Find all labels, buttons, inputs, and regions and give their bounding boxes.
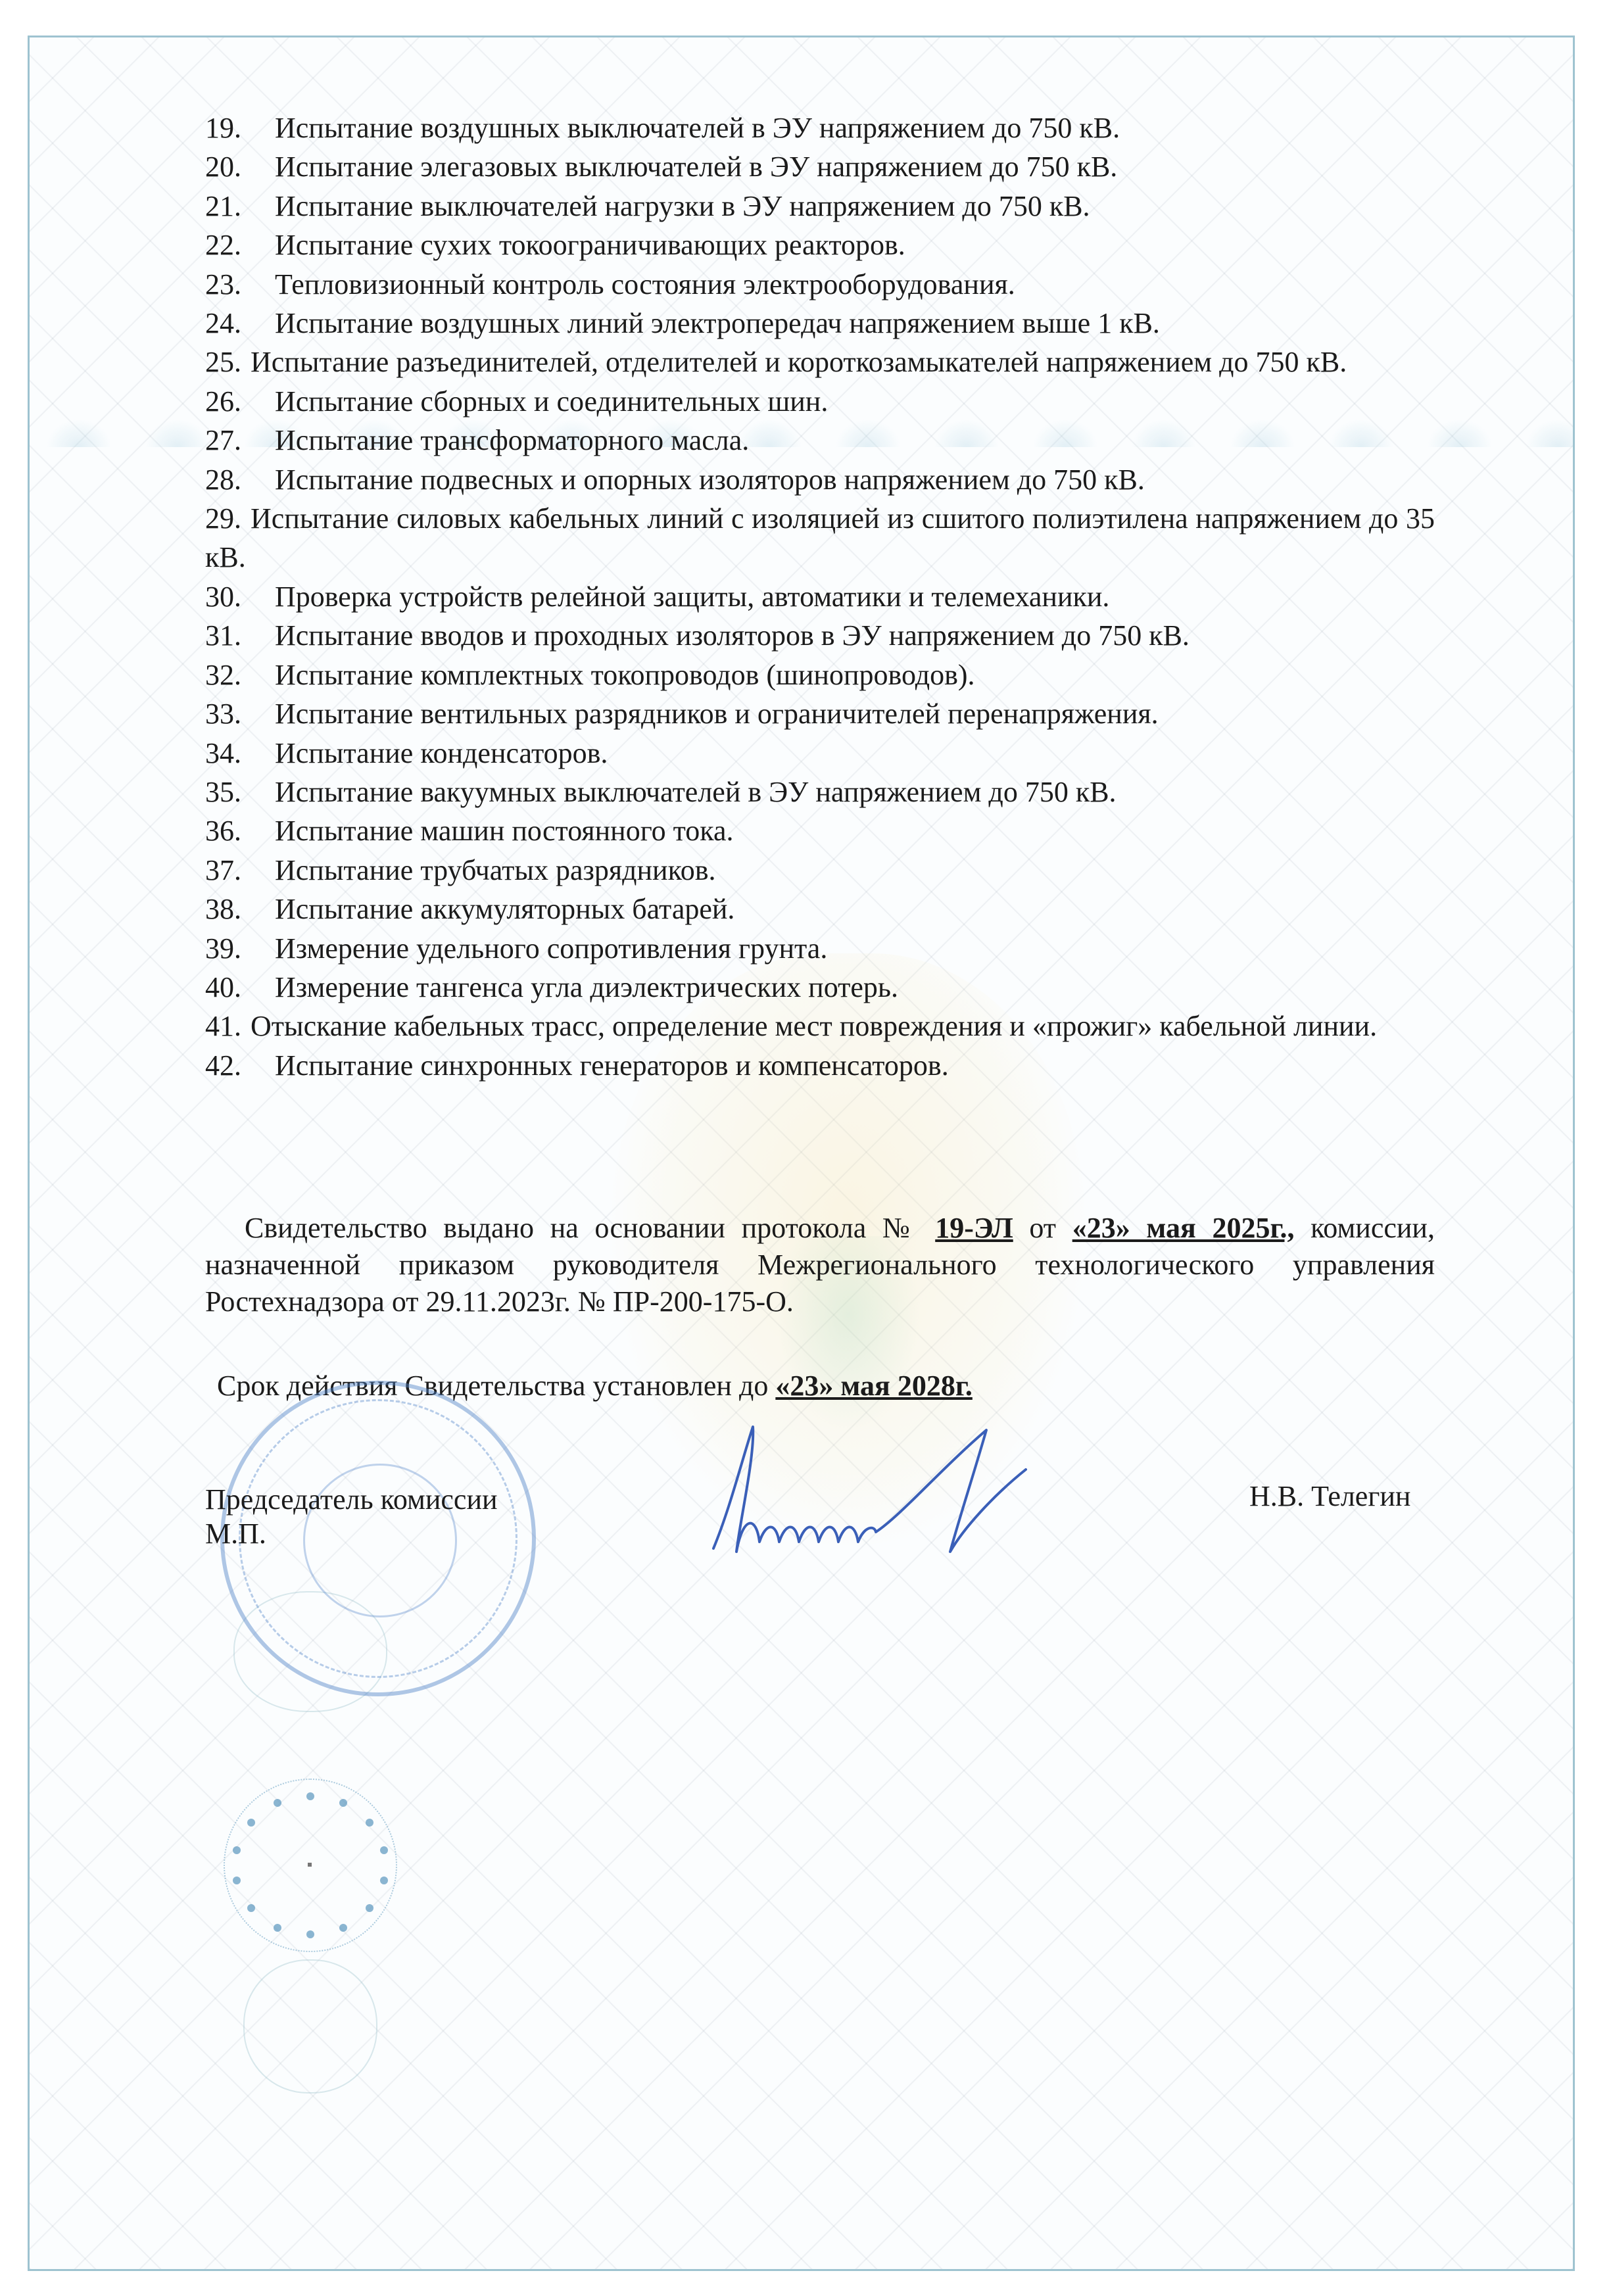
list-item-text: Измерение удельного сопротивления грунта… (275, 929, 827, 968)
list-item-text: Испытание выключателей нагрузки в ЭУ нап… (275, 187, 1090, 226)
rosette-dot (274, 1799, 281, 1807)
list-item-text: Испытание воздушных выключателей в ЭУ на… (275, 108, 1120, 147)
list-item-text: Отыскание кабельных трасс, определение м… (251, 1010, 1377, 1042)
rosette-ornament (224, 1779, 397, 1952)
list-item: 26.Испытание сборных и соединительных ши… (205, 382, 1435, 421)
list-item-number: 29. (205, 499, 241, 538)
rosette-dot (380, 1846, 388, 1854)
rosette-dot (247, 1904, 255, 1912)
list-item-text: Проверка устройств релейной защиты, авто… (275, 577, 1109, 616)
list-item-text: Испытание силовых кабельных линий с изол… (205, 502, 1435, 573)
list-item-number: 40. (205, 968, 275, 1007)
list-item-number: 35. (205, 773, 275, 811)
list-item-number: 38. (205, 890, 275, 928)
rosette-dot (233, 1877, 241, 1884)
basis-prefix: Свидетельство выдано на основании проток… (245, 1212, 935, 1244)
list-item: 27.Испытание трансформаторного масла. (205, 421, 1435, 460)
list-item-number: 22. (205, 226, 275, 264)
rosette-dot (339, 1799, 347, 1807)
list-item-number: 32. (205, 656, 275, 694)
list-item-text: Испытание трубчатых разрядников. (275, 851, 716, 890)
basis-paragraph: Свидетельство выдано на основании проток… (205, 1210, 1435, 1320)
list-item-number: 37. (205, 851, 275, 890)
list-item: 32.Испытание комплектных токопроводов (ш… (205, 656, 1435, 694)
list-item-number: 19. (205, 108, 275, 147)
list-item: 37.Испытание трубчатых разрядников. (205, 851, 1435, 890)
rosette-dot (366, 1904, 373, 1912)
list-item: 19.Испытание воздушных выключателей в ЭУ… (205, 108, 1435, 147)
list-item: 35.Испытание вакуумных выключателей в ЭУ… (205, 773, 1435, 811)
signer-title: Председатель комиссии (205, 1483, 498, 1517)
list-item: 28.Испытание подвесных и опорных изолято… (205, 460, 1435, 499)
list-item-number: 26. (205, 382, 275, 421)
list-item-text: Испытание конденсаторов. (275, 734, 608, 773)
list-item-text: Испытание воздушных линий электропередач… (275, 304, 1160, 343)
list-item-number: 42. (205, 1046, 275, 1085)
rosette-dot (339, 1924, 347, 1932)
list-item-number: 41. (205, 1007, 241, 1045)
list-item-number: 20. (205, 147, 275, 186)
rosette-dot (233, 1846, 241, 1854)
list-item-text: Испытание трансформаторного масла. (275, 421, 749, 460)
rosette-dot (306, 1792, 314, 1800)
list-item-text: Испытание вводов и проходных изоляторов … (275, 616, 1190, 655)
list-item: 36.Испытание машин постоянного тока. (205, 811, 1435, 850)
list-item-text: Испытание разъединителей, отделителей и … (251, 346, 1347, 378)
test-types-list: 19.Испытание воздушных выключателей в ЭУ… (205, 108, 1435, 1085)
list-item: 40.Измерение тангенса угла диэлектрическ… (205, 968, 1435, 1007)
list-item-text: Испытание комплектных токопроводов (шино… (275, 656, 975, 694)
list-item-text: Испытание машин постоянного тока. (275, 811, 734, 850)
list-item: 33.Испытание вентильных разрядников и ог… (205, 694, 1435, 733)
list-item-number: 39. (205, 929, 275, 968)
list-item-number: 36. (205, 811, 275, 850)
seal-place-label: М.П. (205, 1517, 266, 1551)
list-item: 23.Тепловизионный контроль состояния эле… (205, 265, 1435, 304)
list-item-number: 27. (205, 421, 275, 460)
rosette-dot (366, 1819, 373, 1827)
basis-middle: от (1013, 1212, 1072, 1244)
protocol-number: 19-ЭЛ (935, 1212, 1013, 1244)
rosette-ornament-bottom (243, 1959, 377, 2093)
list-item-text: Испытание вентильных разрядников и огран… (275, 694, 1159, 733)
handwritten-signature (704, 1417, 1039, 1568)
list-item: 31.Испытание вводов и проходных изолятор… (205, 616, 1435, 655)
list-item-text: Испытание вакуумных выключателей в ЭУ на… (275, 773, 1117, 811)
list-item-number: 34. (205, 734, 275, 773)
list-item-number: 30. (205, 577, 275, 616)
list-item: 20.Испытание элегазовых выключателей в Э… (205, 147, 1435, 186)
list-item: 42.Испытание синхронных генераторов и ко… (205, 1046, 1435, 1085)
list-item-number: 21. (205, 187, 275, 226)
list-item-number: 25. (205, 343, 241, 381)
list-item: 24.Испытание воздушных линий электропере… (205, 304, 1435, 343)
list-item-text: Испытание синхронных генераторов и компе… (275, 1046, 949, 1085)
rosette-dot (274, 1924, 281, 1932)
rosette-dot (247, 1819, 255, 1827)
list-item: 41.Отыскание кабельных трасс, определени… (205, 1007, 1435, 1045)
rosette-dot (380, 1877, 388, 1884)
validity-date: «23» мая 2028г. (775, 1370, 973, 1402)
rosette-center (308, 1863, 312, 1867)
list-item-text: Испытание аккумуляторных батарей. (275, 890, 734, 928)
list-item: 38.Испытание аккумуляторных батарей. (205, 890, 1435, 928)
signer-name: Н.В. Телегин (1249, 1479, 1410, 1514)
rosette-dot (306, 1930, 314, 1938)
list-item-number: 28. (205, 460, 275, 499)
list-item: 29.Испытание силовых кабельных линий с и… (205, 499, 1435, 577)
list-item: 30.Проверка устройств релейной защиты, а… (205, 577, 1435, 616)
official-seal-stamp (220, 1381, 536, 1696)
list-item-number: 23. (205, 265, 275, 304)
list-item-text: Тепловизионный контроль состояния электр… (275, 265, 1015, 304)
list-item: 22.Испытание сухих токоограничивающих ре… (205, 226, 1435, 264)
list-item-text: Испытание элегазовых выключателей в ЭУ н… (275, 147, 1117, 186)
list-item-number: 33. (205, 694, 275, 733)
list-item-text: Испытание подвесных и опорных изоляторов… (275, 460, 1145, 499)
list-item: 34.Испытание конденсаторов. (205, 734, 1435, 773)
list-item-text: Испытание сухих токоограничивающих реакт… (275, 226, 905, 264)
list-item-number: 24. (205, 304, 275, 343)
list-item: 39.Измерение удельного сопротивления гру… (205, 929, 1435, 968)
list-item: 25.Испытание разъединителей, отделителей… (205, 343, 1435, 381)
list-item-text: Испытание сборных и соединительных шин. (275, 382, 828, 421)
list-item-text: Измерение тангенса угла диэлектрических … (275, 968, 898, 1007)
protocol-date: «23» мая 2025г., (1072, 1212, 1295, 1244)
list-item-number: 31. (205, 616, 275, 655)
list-item: 21.Испытание выключателей нагрузки в ЭУ … (205, 187, 1435, 226)
validity-prefix: Срок действия Свидетельства установлен д… (217, 1370, 775, 1402)
